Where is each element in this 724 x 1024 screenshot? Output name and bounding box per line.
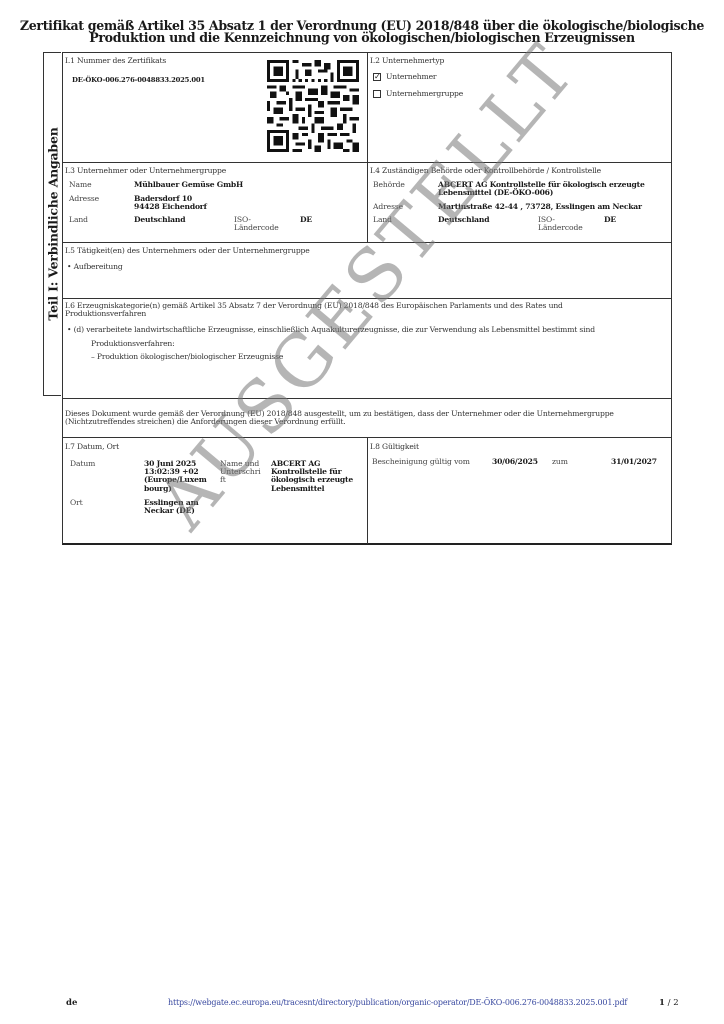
production-method-item: – Produktion ökologischer/biologischer E… xyxy=(91,353,283,361)
divider xyxy=(63,242,671,243)
authority-country-label: Land xyxy=(373,216,392,224)
operator-address-line-2: 94428 Eichendorf xyxy=(134,203,207,211)
authority-address-label: Adresse xyxy=(373,203,403,211)
product-category: • (d) verarbeitete landwirtschaftliche E… xyxy=(67,326,595,334)
issue-date: 30 Juni 2025 13:02:39 +02 (Europe/Luxem … xyxy=(144,460,207,493)
signature-label-line: Unterschri xyxy=(220,468,261,476)
signature-line: Lebensmittel xyxy=(271,485,353,493)
statement-line-2: (Nichtzutreffendes streichen) die Anford… xyxy=(65,418,346,426)
iso-label-line-2: Ländercode xyxy=(234,224,279,232)
footer-page-number: 1 / 2 xyxy=(659,998,679,1008)
signature-value: ABCERT AG Kontrollstelle für ökologisch … xyxy=(271,460,353,493)
section-label-line-2: Produktionsverfahren xyxy=(65,310,146,318)
certificate-number: DE-ÖKO-006.276-0048833.2025.001 xyxy=(72,76,205,84)
checkbox-operator-label: Unternehmer xyxy=(386,73,436,81)
section-label: I.5 Tätigkeit(en) des Unternehmers oder … xyxy=(65,246,310,255)
certificate-form: I.1 Nummer des Zertifikats DE-ÖKO-006.27… xyxy=(62,52,672,545)
activity-item: • Aufbereitung xyxy=(67,263,123,271)
qr-code-icon[interactable] xyxy=(267,60,359,152)
place-line: Neckar (DE) xyxy=(144,507,199,515)
country-label: Land xyxy=(69,216,88,224)
issue-date-line: bourg) xyxy=(144,485,207,493)
checkbox-operator[interactable]: ✓ xyxy=(373,73,381,81)
authority-country: Deutschland xyxy=(438,216,489,224)
checkbox-operator-group-label: Unternehmergruppe xyxy=(386,90,463,98)
section-label: I.2 Unternehmertyp xyxy=(370,56,444,65)
valid-from-date: 30/06/2025 xyxy=(492,458,538,466)
signature-label-line: ft xyxy=(220,476,261,484)
divider xyxy=(63,298,671,299)
authority-iso-code: DE xyxy=(604,216,616,224)
authority-address: Martinstraße 42-44 , 73728, Esslingen am… xyxy=(438,203,642,211)
page-total: / 2 xyxy=(668,998,679,1008)
date-label: Datum xyxy=(70,460,95,468)
section-label: I.4 Zuständigen Behörde oder Kontrollbeh… xyxy=(370,166,601,175)
authority-name-line-2: Lebensmittel (DE-ÖKO-006) xyxy=(438,189,553,197)
section-label: I.3 Unternehmer oder Unternehmergruppe xyxy=(65,166,226,175)
iso-label: ISO- Ländercode xyxy=(234,216,279,232)
address-label: Adresse xyxy=(69,195,99,203)
page-current: 1 xyxy=(659,998,665,1008)
document-title: Zertifikat gemäß Artikel 35 Absatz 1 der… xyxy=(0,20,724,44)
signature-label: Name und Unterschri ft xyxy=(220,460,261,485)
place-value: Esslingen am Neckar (DE) xyxy=(144,499,199,515)
name-label: Name xyxy=(69,181,91,189)
part-label-box: Teil I: Verbindliche Angaben xyxy=(43,52,61,396)
footer-language: de xyxy=(66,998,77,1008)
section-label: I.1 Nummer des Zertifikats xyxy=(65,56,166,65)
column-divider xyxy=(367,437,368,544)
part-label: Teil I: Verbindliche Angaben xyxy=(45,127,60,320)
section-label: I.8 Gültigkeit xyxy=(370,442,419,451)
operator-country: Deutschland xyxy=(134,216,185,224)
place-label: Ort xyxy=(70,499,83,507)
document-title-line-2: Produktion und die Kennzeichnung von öko… xyxy=(0,32,724,44)
section-label: I.7 Datum, Ort xyxy=(65,442,119,451)
valid-to-label: zum xyxy=(552,458,568,466)
column-divider xyxy=(367,53,368,242)
valid-from-label: Bescheinigung gültig vom xyxy=(372,458,470,466)
footer-document-link[interactable]: https://webgate.ec.europa.eu/tracesnt/di… xyxy=(168,998,627,1007)
authority-iso-label: ISO- Ländercode xyxy=(538,216,583,232)
authority-label: Behörde xyxy=(373,181,405,189)
operator-name: Mühlbauer Gemüse GmbH xyxy=(134,181,243,189)
divider xyxy=(63,398,671,399)
iso-label-line-2: Ländercode xyxy=(538,224,583,232)
production-method-heading: Produktionsverfahren: xyxy=(91,340,175,348)
valid-to-date: 31/01/2027 xyxy=(611,458,657,466)
operator-iso-code: DE xyxy=(300,216,312,224)
checkbox-operator-group[interactable] xyxy=(373,90,381,98)
